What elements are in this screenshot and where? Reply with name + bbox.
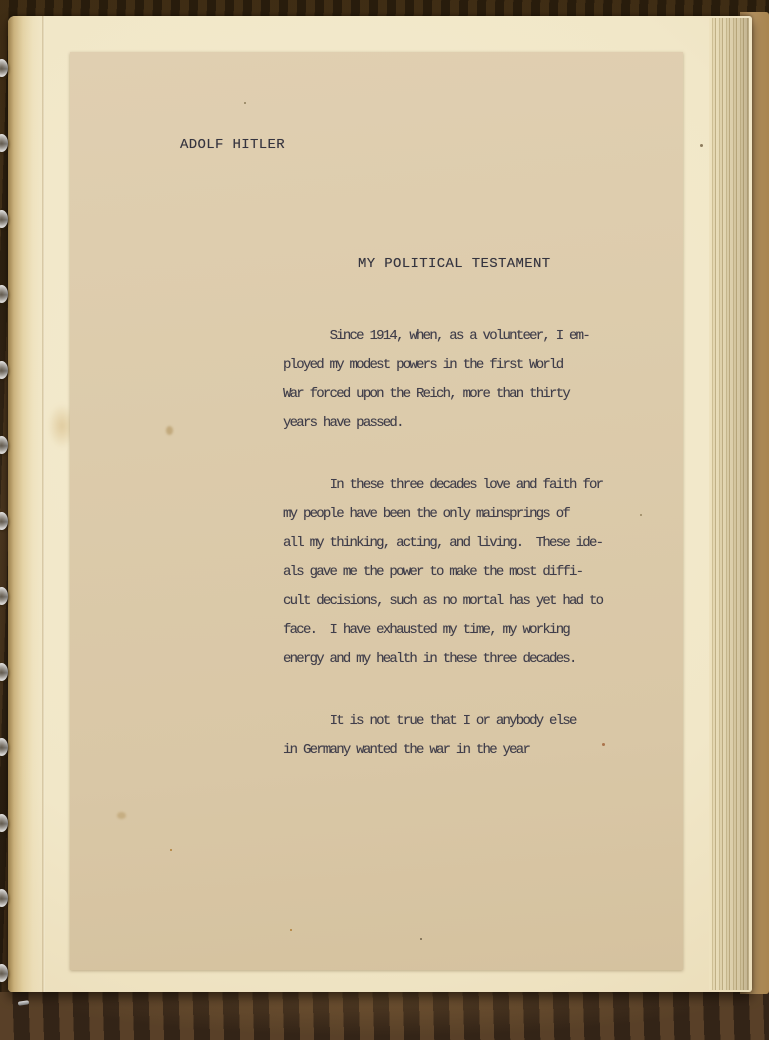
binder-ring bbox=[0, 889, 8, 907]
binder-ring bbox=[0, 436, 8, 454]
paper-speck bbox=[244, 102, 246, 104]
book-cover-bottom-edge bbox=[0, 992, 769, 1040]
paper-speck bbox=[602, 743, 605, 746]
binder-ring bbox=[0, 134, 8, 152]
paper-speck bbox=[166, 426, 173, 435]
binder-ring bbox=[0, 964, 8, 982]
binder-ring bbox=[0, 285, 8, 303]
binder-ring bbox=[0, 210, 8, 228]
binder-ring bbox=[0, 361, 8, 379]
paper-speck bbox=[640, 514, 642, 516]
binding-gutter-shade bbox=[8, 16, 44, 992]
binder-ring bbox=[0, 59, 8, 77]
album-page: ADOLF HITLER MY POLITICAL TESTAMENT Sinc… bbox=[8, 16, 752, 992]
document-body: Since 1914, when, as a volunteer, I em- … bbox=[283, 322, 643, 798]
binder-ring bbox=[0, 587, 8, 605]
paper-speck bbox=[700, 144, 703, 147]
paragraph: It is not true that I or anybody else in… bbox=[283, 707, 643, 765]
paragraph: Since 1914, when, as a volunteer, I em- … bbox=[283, 322, 643, 438]
author-line: ADOLF HITLER bbox=[180, 137, 285, 153]
page-crease bbox=[42, 16, 45, 992]
document-sheet: ADOLF HITLER MY POLITICAL TESTAMENT Sinc… bbox=[70, 52, 683, 970]
page-stack-edge bbox=[709, 18, 749, 990]
paper-speck bbox=[420, 938, 422, 940]
scanned-book-page: ADOLF HITLER MY POLITICAL TESTAMENT Sinc… bbox=[0, 0, 769, 1040]
paper-speck bbox=[290, 929, 292, 931]
document-title: MY POLITICAL TESTAMENT bbox=[358, 256, 551, 272]
binder-ring bbox=[0, 738, 8, 756]
paper-speck bbox=[170, 849, 172, 851]
ink-mark bbox=[430, 541, 432, 545]
paragraph: In these three decades love and faith fo… bbox=[283, 471, 643, 674]
binder-ring bbox=[0, 663, 8, 681]
paper-speck bbox=[117, 812, 126, 819]
binder-ring bbox=[0, 814, 8, 832]
binder-ring bbox=[0, 512, 8, 530]
